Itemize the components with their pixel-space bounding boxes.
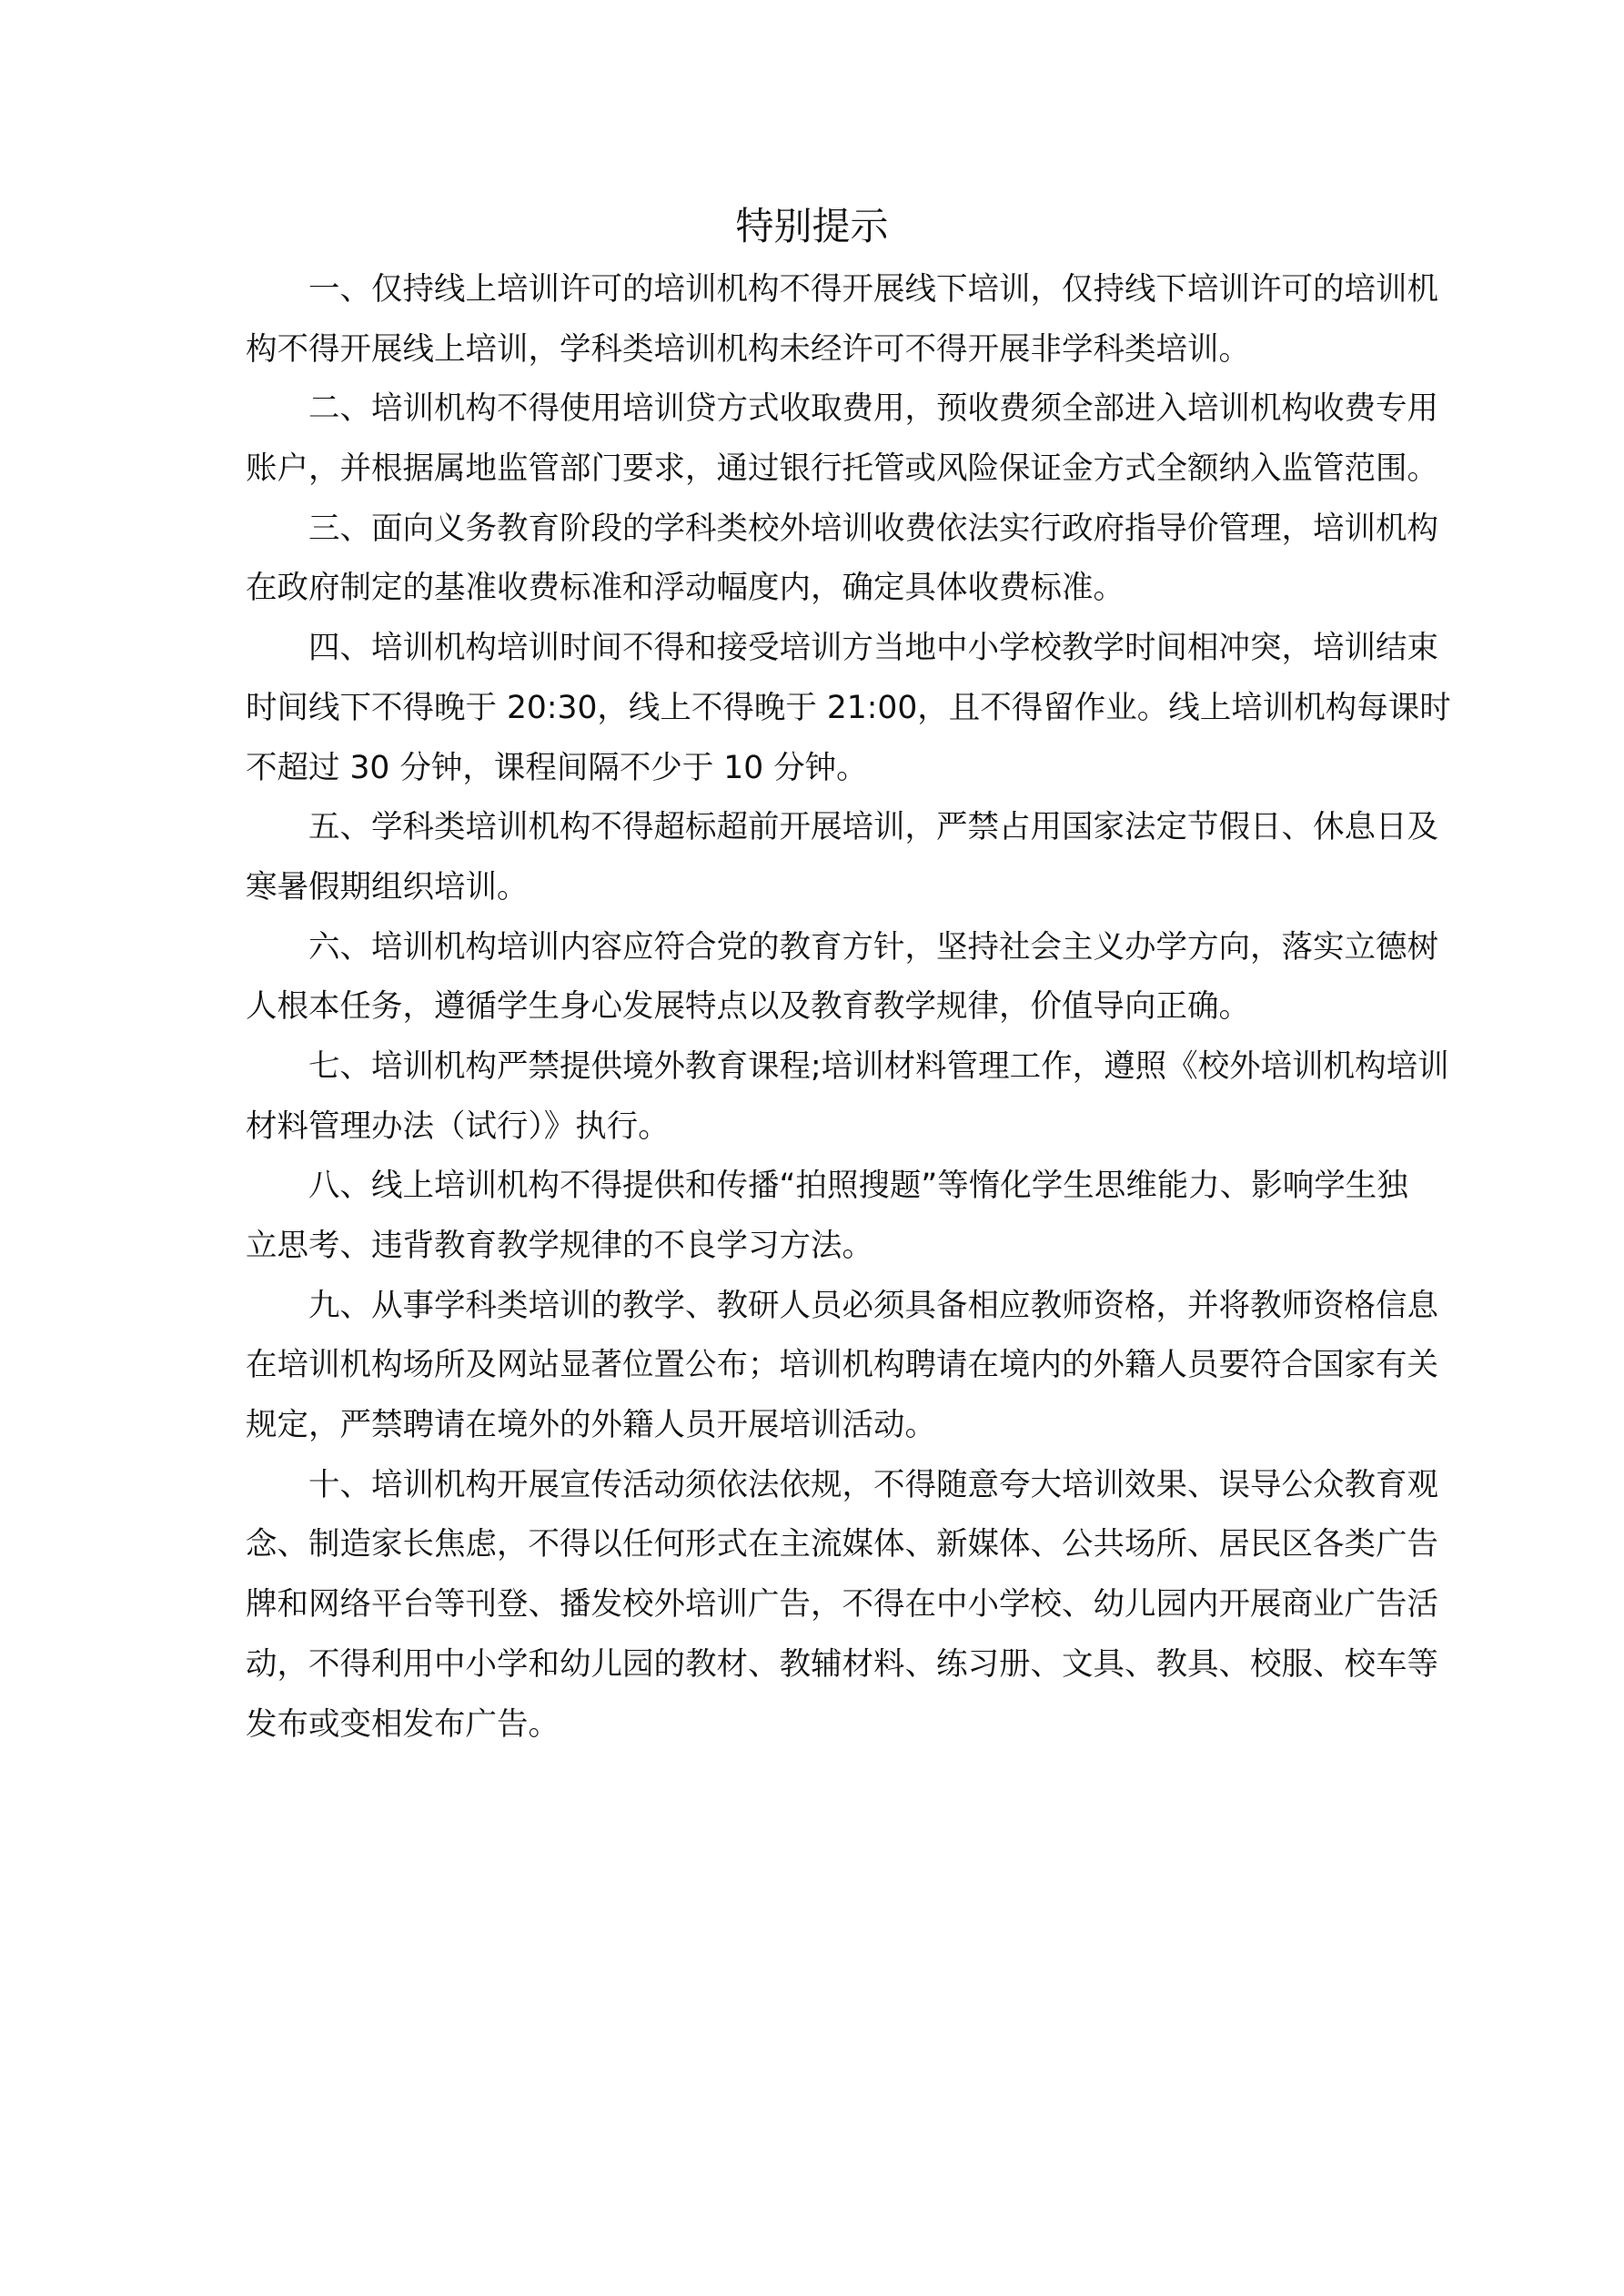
paragraph-line: 账户，并根据属地监管部门要求，通过银行托管或风险保证金方式全额纳入监管范围。 — [246, 440, 1383, 500]
paragraph-line: 二、培训机构不得使用培训贷方式收取费用，预收费须全部进入培训机构收费专用 — [246, 379, 1383, 440]
paragraph-line: 三、面向义务教育阶段的学科类校外培训收费依法实行政府指导价管理，培训机构 — [246, 500, 1383, 560]
paragraph-line: 牌和网络平台等刊登、播发校外培训广告，不得在中小学校、幼儿园内开展商业广告活 — [246, 1575, 1383, 1635]
paragraph-line: 材料管理办法（试行）》执行。 — [246, 1097, 1383, 1158]
paragraph-3: 三、面向义务教育阶段的学科类校外培训收费依法实行政府指导价管理，培训机构 在政府… — [246, 500, 1383, 619]
paragraph-line: 发布或变相发布广告。 — [246, 1695, 1383, 1755]
document-title: 特别提示 — [0, 206, 1624, 248]
paragraph-line: 寒暑假期组织培训。 — [246, 858, 1383, 918]
paragraph-6: 六、培训机构培训内容应符合党的教育方针，坚持社会主义办学方向，落实立德树 人根本… — [246, 918, 1383, 1037]
paragraph-line: 动，不得利用中小学和幼儿园的教材、教辅材料、练习册、文具、教具、校服、校车等 — [246, 1635, 1383, 1695]
paragraph-1: 一、仅持线上培训许可的培训机构不得开展线下培训，仅持线下培训许可的培训机 构不得… — [246, 260, 1383, 379]
paragraph-9: 九、从事学科类培训的教学、教研人员必须具备相应教师资格，并将教师资格信息 在培训… — [246, 1277, 1383, 1456]
paragraph-4: 四、培训机构培训时间不得和接受培训方当地中小学校教学时间相冲突，培训结束 时间线… — [246, 619, 1383, 798]
paragraph-line: 人根本任务，遵循学生身心发展特点以及教育教学规律，价值导向正确。 — [246, 977, 1383, 1037]
paragraph-line: 在政府制定的基准收费标准和浮动幅度内，确定具体收费标准。 — [246, 559, 1383, 619]
paragraph-line: 在培训机构场所及网站显著位置公布；培训机构聘请在境内的外籍人员要符合国家有关 — [246, 1336, 1383, 1396]
document-page: 特别提示 一、仅持线上培训许可的培训机构不得开展线下培训，仅持线下培训许可的培训… — [0, 0, 1624, 2296]
paragraph-7: 七、培训机构严禁提供境外教育课程;培训材料管理工作，遵照《校外培训机构培训 材料… — [246, 1037, 1383, 1157]
paragraph-line: 十、培训机构开展宣传活动须依法依规，不得随意夸大培训效果、误导公众教育观 — [246, 1456, 1383, 1516]
paragraph-line: 念、制造家长焦虑，不得以任何形式在主流媒体、新媒体、公共场所、居民区各类广告 — [246, 1515, 1383, 1575]
paragraph-8: 八、线上培训机构不得提供和传播“拍照搜题”等惰化学生思维能力、影响学生独 立思考… — [246, 1157, 1383, 1276]
document-body: 一、仅持线上培训许可的培训机构不得开展线下培训，仅持线下培训许可的培训机 构不得… — [246, 260, 1383, 1755]
paragraph-line: 五、学科类培训机构不得超标超前开展培训，严禁占用国家法定节假日、休息日及 — [246, 798, 1383, 858]
paragraph-line: 八、线上培训机构不得提供和传播“拍照搜题”等惰化学生思维能力、影响学生独 — [246, 1157, 1383, 1217]
paragraph-line: 六、培训机构培训内容应符合党的教育方针，坚持社会主义办学方向，落实立德树 — [246, 918, 1383, 978]
paragraph-5: 五、学科类培训机构不得超标超前开展培训，严禁占用国家法定节假日、休息日及 寒暑假… — [246, 798, 1383, 917]
paragraph-line: 不超过 30 分钟，课程间隔不少于 10 分钟。 — [246, 739, 1383, 799]
paragraph-line: 四、培训机构培训时间不得和接受培训方当地中小学校教学时间相冲突，培训结束 — [246, 619, 1383, 679]
paragraph-line: 一、仅持线上培训许可的培训机构不得开展线下培训，仅持线下培训许可的培训机 — [246, 260, 1383, 320]
paragraph-line: 构不得开展线上培训，学科类培训机构未经许可不得开展非学科类培训。 — [246, 320, 1383, 380]
paragraph-line: 立思考、违背教育教学规律的不良学习方法。 — [246, 1217, 1383, 1277]
paragraph-line: 规定，严禁聘请在境外的外籍人员开展培训活动。 — [246, 1396, 1383, 1456]
paragraph-line: 九、从事学科类培训的教学、教研人员必须具备相应教师资格，并将教师资格信息 — [246, 1277, 1383, 1337]
paragraph-2: 二、培训机构不得使用培训贷方式收取费用，预收费须全部进入培训机构收费专用 账户，… — [246, 379, 1383, 499]
paragraph-10: 十、培训机构开展宣传活动须依法依规，不得随意夸大培训效果、误导公众教育观 念、制… — [246, 1456, 1383, 1755]
paragraph-line: 时间线下不得晚于 20:30，线上不得晚于 21:00，且不得留作业。线上培训机… — [246, 679, 1383, 739]
paragraph-line: 七、培训机构严禁提供境外教育课程;培训材料管理工作，遵照《校外培训机构培训 — [246, 1037, 1383, 1097]
